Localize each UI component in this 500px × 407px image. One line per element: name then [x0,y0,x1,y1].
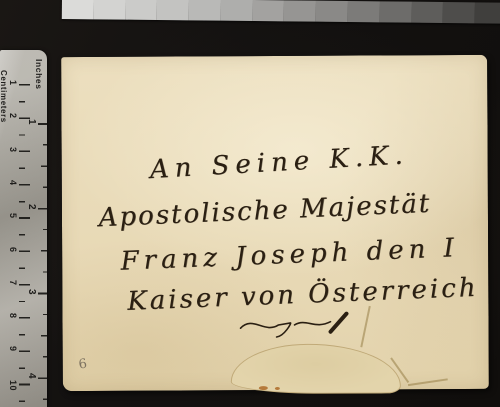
pencil-numbering: 6 [78,356,88,372]
grayscale-step-5 [189,0,221,21]
grayscale-step-3 [125,0,157,20]
grayscale-step-4 [157,0,189,20]
grayscale-calibration-strip [62,0,500,24]
paper-crack [408,378,448,385]
repair-patch-stain [231,343,401,394]
grayscale-step-9 [316,1,348,22]
grayscale-step-14 [475,2,500,23]
ruler-number: 5 [8,213,18,219]
grayscale-step-12 [411,2,443,23]
ruler-number: 2 [26,204,37,210]
rust-spot [275,387,280,390]
grayscale-step-13 [443,2,475,23]
ruler-number: 7 [8,280,18,286]
grayscale-step-2 [94,0,126,20]
grayscale-step-8 [284,0,316,21]
ruler-number: 4 [8,180,18,186]
grayscale-step-10 [348,1,380,22]
handwritten-line-3: Franz Joseph den I [117,233,463,277]
ruler-number: 8 [8,313,18,319]
grayscale-step-6 [221,0,253,21]
paper-crack [360,306,370,347]
rust-spot [259,386,268,390]
ruler-number: 2 [8,113,18,119]
ruler-number: 3 [26,289,37,295]
ruler-cm-minor-ticks [19,101,25,407]
ruler-inches-label: Inches [34,59,44,90]
manuscript-page: An Seine K.K. Apostolische Majestät Fran… [61,55,489,391]
ruler-number: 10 [8,380,18,391]
ruler-number: 4 [26,373,37,379]
grayscale-step-7 [252,0,284,21]
ruler-inch-major-ticks [38,123,47,407]
ruler-number: 6 [8,247,18,253]
grayscale-step-11 [380,1,412,22]
ruler-centimeters-label: Centimeters [0,70,8,123]
flourish-mark [234,312,354,339]
handwritten-line-4: Kaiser von Österreich [125,273,481,317]
handwritten-line-2: Apostolische Majestät [94,189,435,234]
handwritten-line-1: An Seine K.K. [149,141,400,185]
ruler-number: 1 [8,80,18,86]
ruler-number: 9 [8,346,18,352]
grayscale-step-1 [62,0,94,19]
ruler-number: 3 [8,147,18,153]
photograph-stage: Inches Centimeters 12345678910 1234 An S… [0,0,500,407]
measurement-ruler: Inches Centimeters 12345678910 1234 [0,50,47,407]
ruler-number: 1 [26,119,37,125]
